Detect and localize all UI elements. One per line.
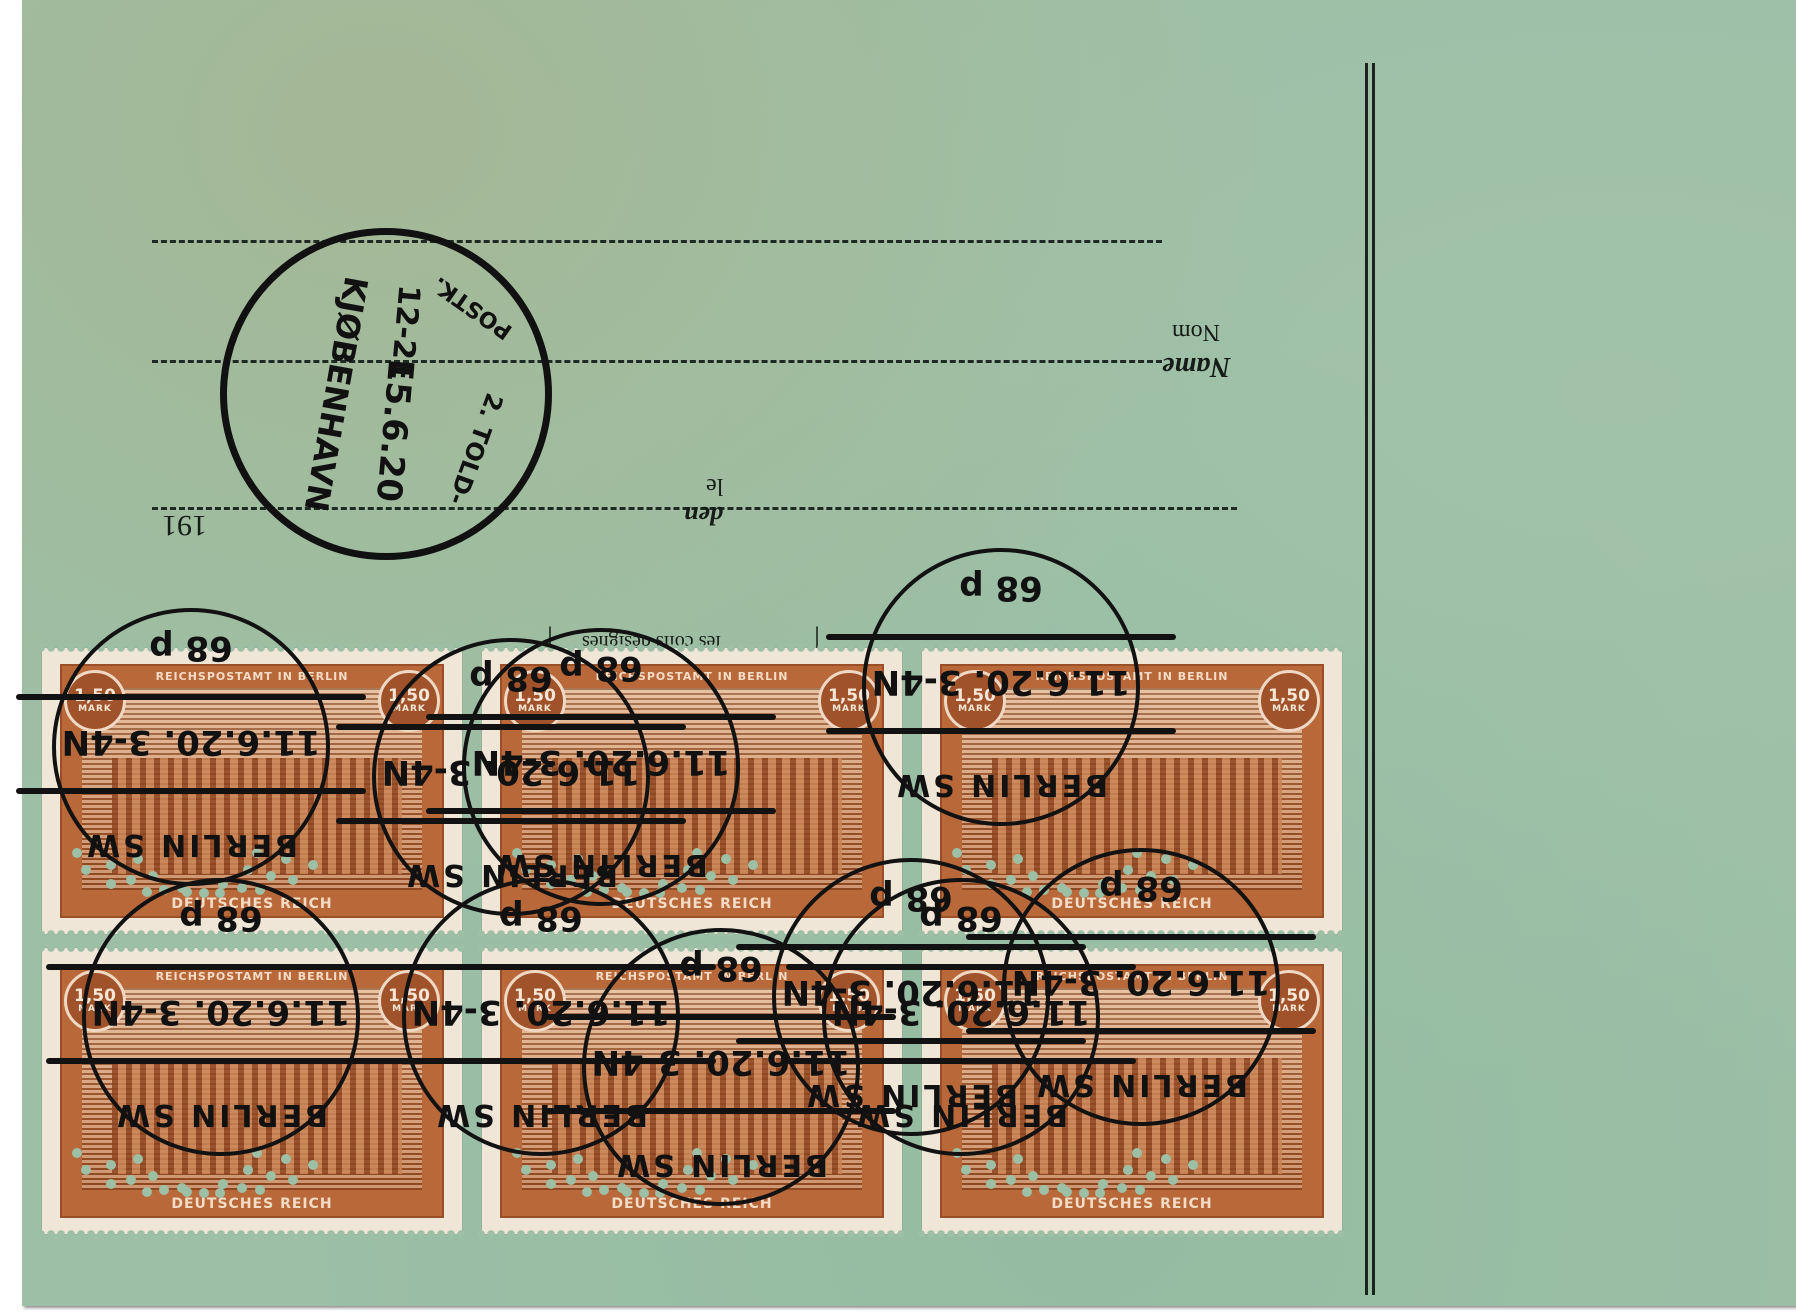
perfin-hole — [639, 1188, 649, 1198]
cancel-bar — [826, 728, 1176, 734]
berlin-date: 11.6.20. 3-4N — [866, 662, 1136, 702]
perfin-hole — [1022, 1187, 1032, 1197]
perfin-hole — [582, 1187, 592, 1197]
nom-label: Nom — [1172, 318, 1220, 345]
cancel-bar — [16, 694, 366, 700]
copenhagen-postmark: KJØBENHAVN 15.6.20 12-2E 2. TOLD- POSTK. — [220, 228, 552, 560]
cancel-bar — [966, 934, 1316, 940]
copenhagen-suffix: POSTK. — [428, 271, 517, 344]
perfin-hole — [986, 1160, 996, 1170]
stamp-value: 1,50 — [1268, 688, 1310, 705]
perfin-hole — [1161, 1154, 1171, 1164]
berlin-city: BERLIN SW — [866, 767, 1136, 802]
cancel-bar — [46, 964, 396, 970]
perfin-hole — [148, 1171, 158, 1181]
berlin-city: BERLIN SW — [586, 1147, 856, 1182]
perfin-hole — [1117, 1183, 1127, 1193]
perfin-hole — [308, 1160, 318, 1170]
perfin-hole — [1013, 854, 1023, 864]
berlin-office-number: 68 p — [406, 898, 676, 938]
stamp-country-legend: DEUTSCHES REICH — [1012, 1196, 1252, 1212]
berlin-date: 11.6.20. 3-4N — [1006, 962, 1276, 1002]
perfin-hole — [106, 1160, 116, 1170]
perfin-hole — [142, 1187, 152, 1197]
perfin-hole — [281, 1154, 291, 1164]
perfin-hole — [133, 1154, 143, 1164]
perfin-hole — [952, 848, 962, 858]
perfin-hole — [1146, 1171, 1156, 1181]
perfin-hole — [677, 883, 687, 893]
berlin-office-number: 68 p — [1006, 868, 1276, 908]
perfin-hole — [177, 1183, 187, 1193]
perfin-hole — [1188, 1160, 1198, 1170]
form-line-top — [152, 240, 1162, 243]
berlin-postmark: 68 p 11.6.20. 3-4N BERLIN SW — [82, 878, 360, 1156]
stamp-country-legend: DEUTSCHES REICH — [132, 1196, 372, 1212]
cancel-bar — [826, 634, 1176, 640]
berlin-postmark: 68 p 11.6.20. 3-4N BERLIN SW — [1002, 848, 1280, 1126]
berlin-office-number: 68 p — [56, 628, 326, 668]
berlin-city: BERLIN SW — [1006, 1067, 1276, 1102]
perfin-hole — [748, 860, 758, 870]
berlin-city: BERLIN SW — [466, 847, 736, 882]
form-divider-double-line — [1365, 63, 1375, 1295]
cancel-bar — [16, 788, 366, 794]
perfin-hole — [237, 1183, 247, 1193]
perfin-hole — [142, 887, 152, 897]
cancel-bar — [46, 1058, 396, 1064]
cancel-bar — [966, 1028, 1316, 1034]
cancel-bar — [426, 808, 776, 814]
perfin-hole — [72, 1148, 82, 1158]
stamp-currency: MARK — [1272, 705, 1306, 714]
perfin-hole — [266, 1171, 276, 1181]
berlin-date: 11.6.20. 3-4N — [86, 992, 356, 1032]
parcel-card: Name Nom den le 191 les colis désignés a… — [22, 0, 1796, 1306]
perfin-hole — [1013, 1154, 1023, 1164]
berlin-office-number: 68 p — [86, 898, 356, 938]
name-label: Name — [1162, 350, 1230, 382]
berlin-city: BERLIN SW — [826, 1097, 1096, 1132]
copenhagen-city: KJØBENHAVN — [297, 274, 376, 515]
copenhagen-time: 12-2E — [383, 283, 426, 381]
perfin-hole — [986, 860, 996, 870]
berlin-date: 11.6.20. 3-4N — [466, 742, 736, 782]
copenhagen-office: 2. TOLD- — [442, 389, 508, 508]
berlin-date: 11.6.20. 3-4N — [56, 722, 326, 762]
berlin-postmark: 68 p 11.6.20. 3-4N BERLIN SW — [862, 548, 1140, 826]
perfin-hole — [1079, 1188, 1089, 1198]
perfin-hole — [266, 871, 276, 881]
perfin-hole — [573, 1154, 583, 1164]
year-prefix: 191 — [162, 508, 207, 542]
den-label: den — [684, 500, 723, 530]
stamp-currency: MARK — [832, 705, 866, 714]
berlin-city: BERLIN SW — [86, 1097, 356, 1132]
berlin-postmark: 68 p 11.6.20. 3-4N BERLIN SW — [52, 608, 330, 886]
perfin-hole — [1057, 1183, 1067, 1193]
berlin-city: BERLIN SW — [56, 827, 326, 862]
perfin-hole — [1028, 1171, 1038, 1181]
stamp-value-badge: 1,50MARK — [1258, 670, 1320, 732]
cancel-bar — [426, 714, 776, 720]
perfin-hole — [617, 1183, 627, 1193]
berlin-postmark: 68 p 11.6.20. 3-4N BERLIN SW — [462, 628, 740, 906]
perfin-hole — [546, 1160, 556, 1170]
le-label: le — [706, 472, 723, 499]
berlin-office-number: 68 p — [466, 648, 736, 688]
berlin-office-number: 68 p — [866, 568, 1136, 608]
perfin-hole — [1132, 1148, 1142, 1158]
perfin-hole — [199, 1188, 209, 1198]
